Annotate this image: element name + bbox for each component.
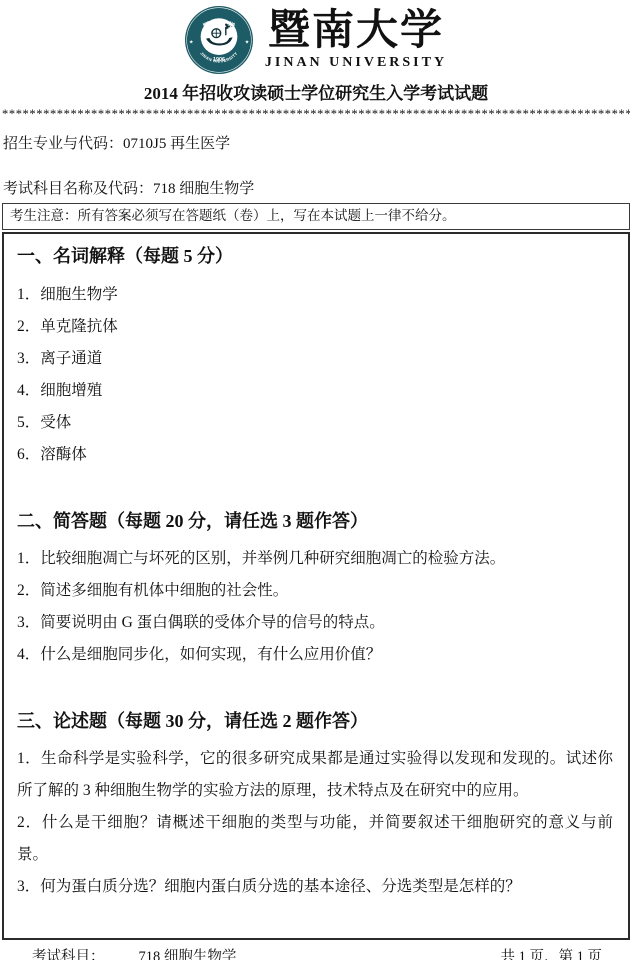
- section-3-item: 2．什么是干细胞？请概述干细胞的类型与功能，并简要叙述干细胞研究的意义与前景。: [17, 807, 613, 871]
- seal-star-right: ★: [245, 39, 250, 45]
- university-seal-icon: 1906 暨南大学 JINAN UNIVERSITY ★ ★: [185, 6, 253, 74]
- university-name-en: JINAN UNIVERSITY: [265, 55, 447, 71]
- section-2-item: 3．简要说明由 G 蛋白偶联的受体介导的信号的特点。: [17, 607, 613, 639]
- section-1-heading: 一、名词解释（每题 5 分）: [17, 244, 613, 269]
- section-3-heading: 三、论述题（每题 30 分，请任选 2 题作答）: [17, 709, 613, 734]
- page-footer: 考试科目：718 细胞生物学 共 1 页，第 1 页: [2, 945, 630, 960]
- asterisk-divider: ****************************************…: [2, 108, 630, 121]
- seal-star-left: ★: [189, 39, 194, 45]
- section-2-item: 4．什么是细胞同步化，如何实现，有什么应用价值？: [17, 639, 613, 671]
- section-1-item: 4．细胞增殖: [17, 375, 613, 407]
- major-code-line: 招生专业与代码：0710J5 再生医学: [2, 132, 630, 153]
- subject-code-line: 考试科目名称及代码：718 细胞生物学: [2, 177, 630, 198]
- section-2-heading: 二、简答题（每题 20 分，请任选 3 题作答）: [17, 509, 613, 534]
- university-names: 暨南大学 JINAN UNIVERSITY: [265, 9, 447, 70]
- university-name-cn: 暨南大学: [265, 9, 447, 53]
- section-1-item: 5．受体: [17, 407, 613, 439]
- footer-page-count: 共 1 页，第 1 页: [501, 945, 603, 960]
- exam-title: 2014 年招收攻读硕士学位研究生入学考试试题: [2, 83, 630, 105]
- section-2-item: 2．简述多细胞有机体中细胞的社会性。: [17, 575, 613, 607]
- footer-subject-label: 考试科目：: [32, 949, 105, 960]
- section-1-item: 1．细胞生物学: [17, 279, 613, 311]
- exam-page: 1906 暨南大学 JINAN UNIVERSITY ★ ★ 暨南大学 JINA…: [0, 0, 632, 960]
- section-1-item: 3．离子通道: [17, 343, 613, 375]
- section-1-item: 6．溶酶体: [17, 439, 613, 471]
- candidate-notice-box: 考生注意：所有答案必须写在答题纸（卷）上，写在本试题上一律不给分。: [2, 203, 630, 231]
- candidate-notice-text: 考生注意：所有答案必须写在答题纸（卷）上，写在本试题上一律不给分。: [10, 208, 456, 223]
- section-1-item: 2．单克隆抗体: [17, 311, 613, 343]
- footer-subject: 考试科目：718 细胞生物学: [32, 945, 236, 960]
- question-box: 一、名词解释（每题 5 分） 1．细胞生物学 2．单克隆抗体 3．离子通道 4．…: [2, 232, 630, 940]
- university-masthead: 1906 暨南大学 JINAN UNIVERSITY ★ ★ 暨南大学 JINA…: [2, 4, 630, 76]
- section-3-item: 3．何为蛋白质分选？细胞内蛋白质分选的基本途径、分选类型是怎样的？: [17, 871, 613, 903]
- footer-subject-value: 718 细胞生物学: [139, 949, 237, 960]
- section-2-item: 1．比较细胞凋亡与坏死的区别，并举例几种研究细胞凋亡的检验方法。: [17, 543, 613, 575]
- section-3-item: 1．生命科学是实验科学，它的很多研究成果都是通过实验得以发现和发现的。试述你所了…: [17, 743, 613, 807]
